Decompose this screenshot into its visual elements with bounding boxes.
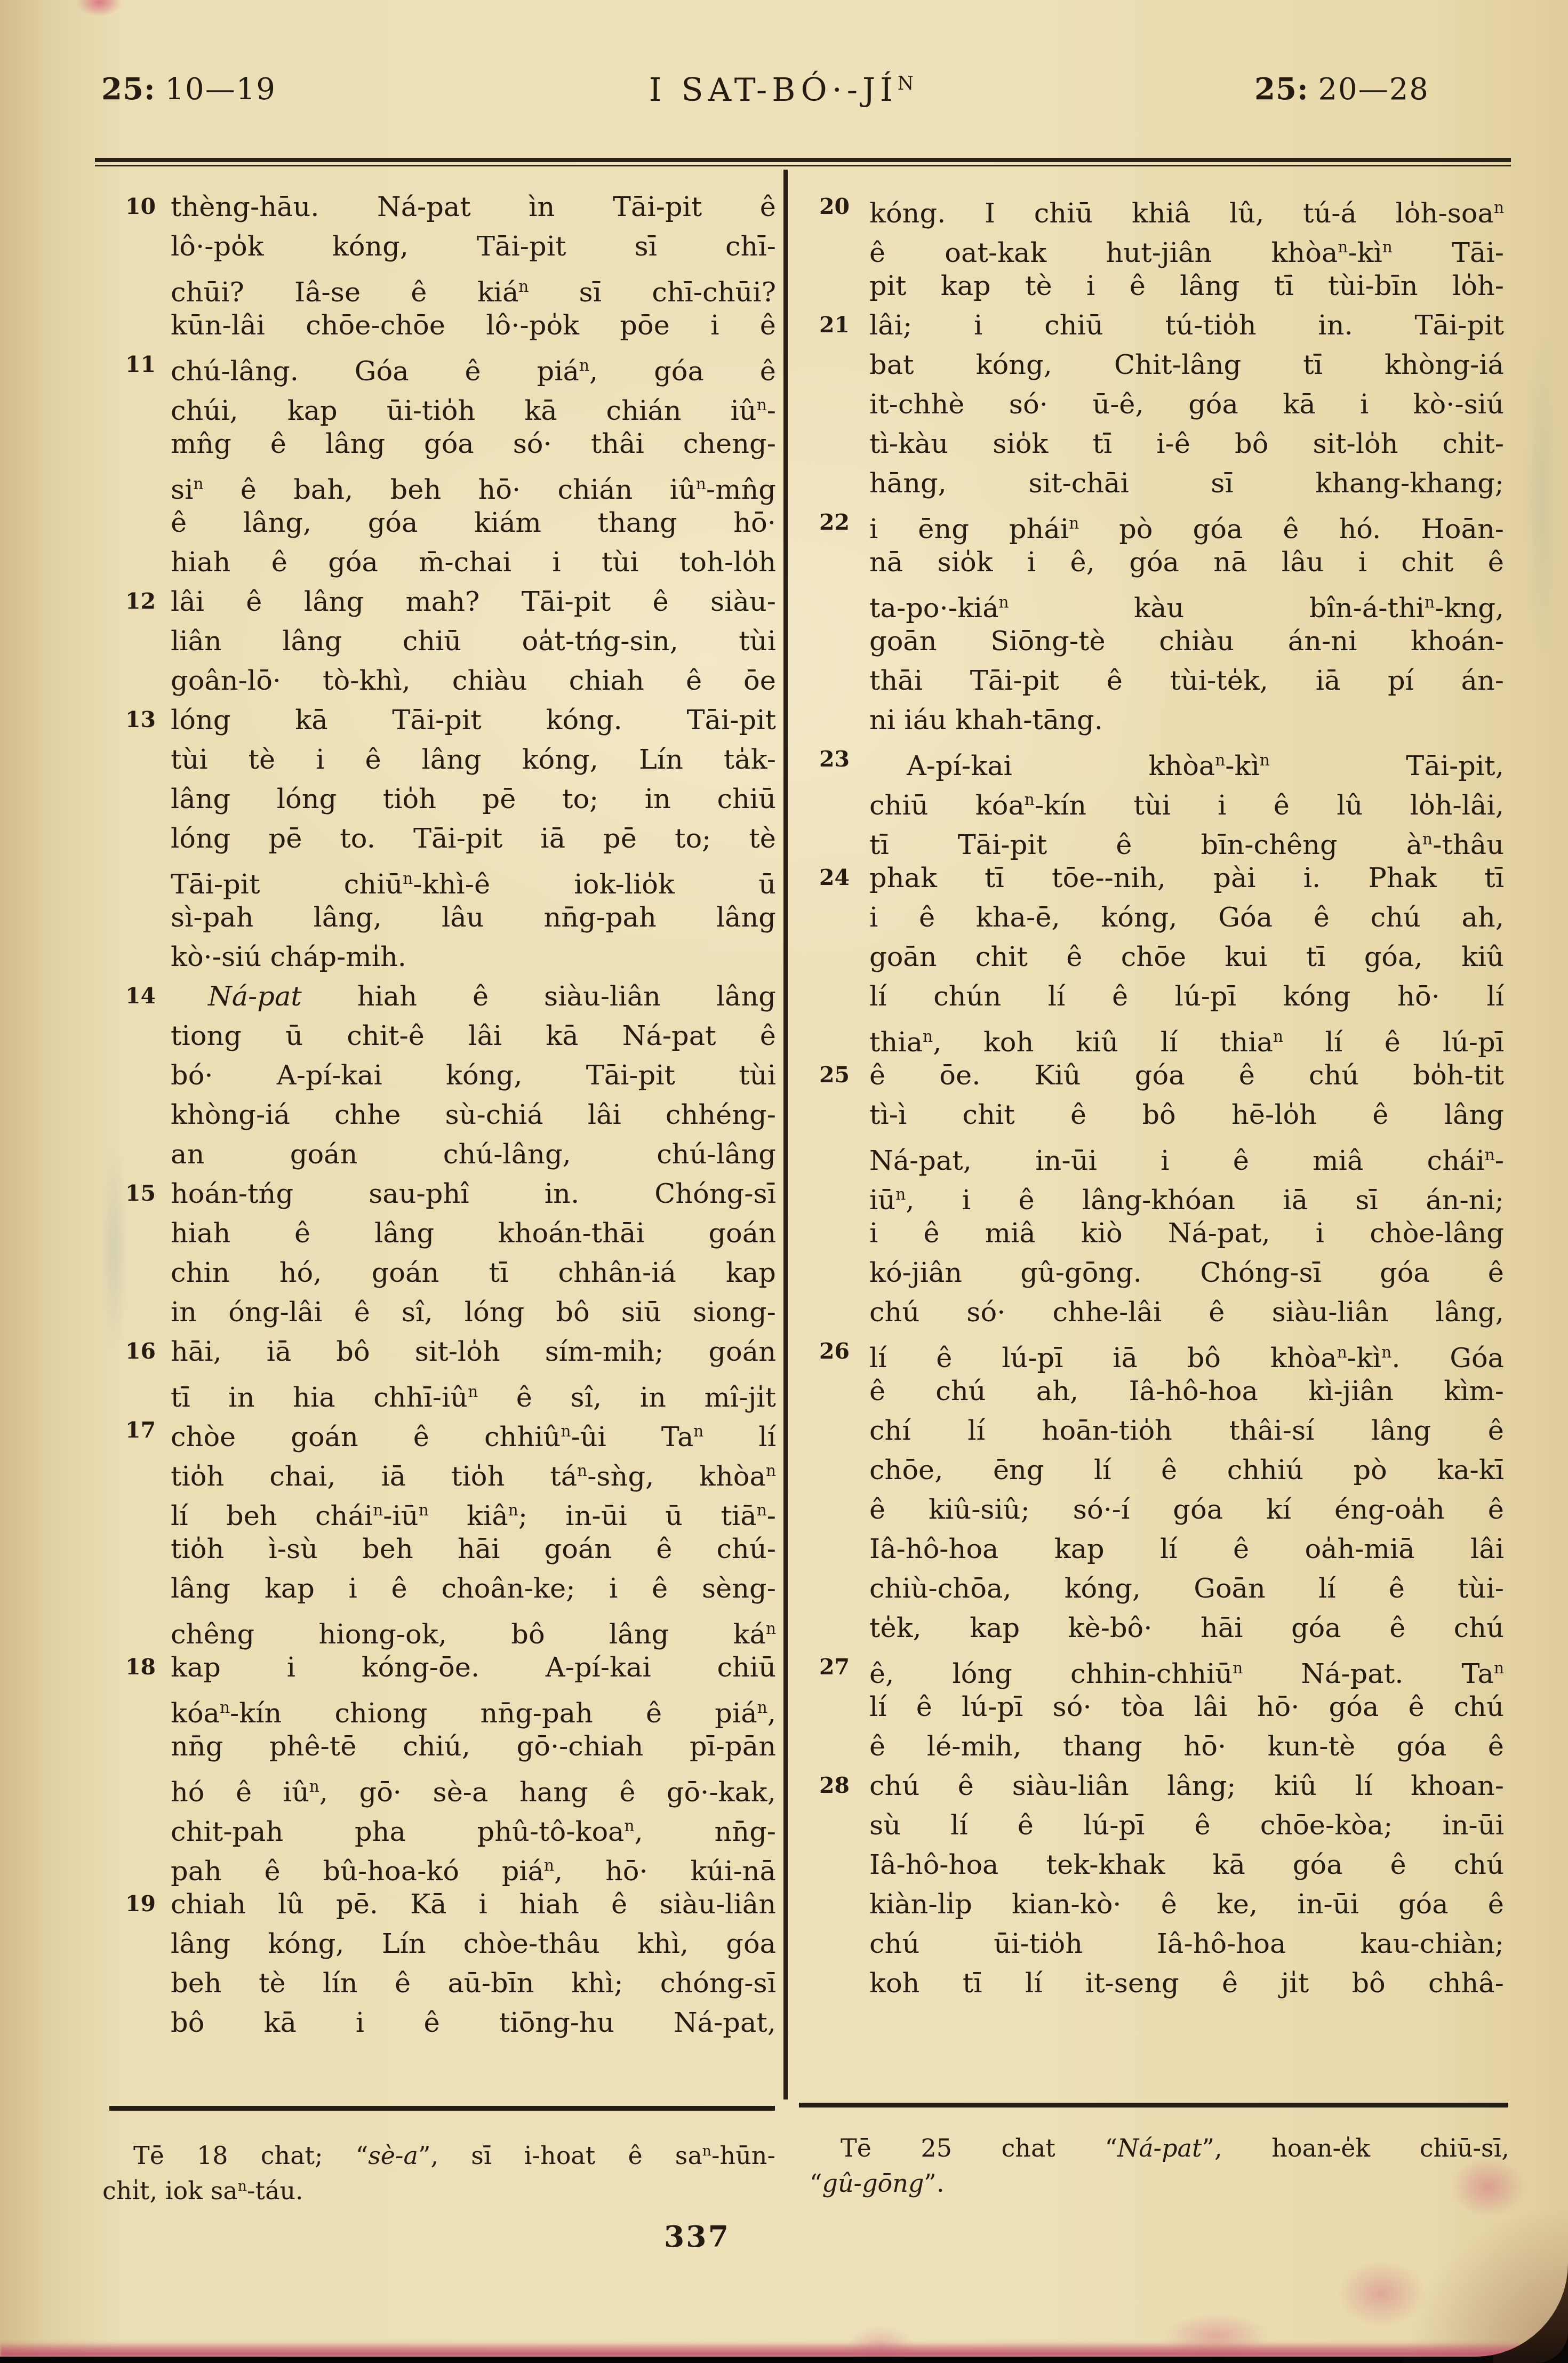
text-line: lí beh cháin-iūn kiân; in-ūi ū tiān- xyxy=(171,1490,776,1530)
text-line: hó ê iûn, gō· sè-a hang ê gō·-kak, xyxy=(171,1767,776,1806)
running-head-left: 25: 10—19 xyxy=(101,71,276,107)
text-line: nn̄g phê-tē chiú, gō·-chiah pī-pān xyxy=(171,1727,776,1767)
verse-number: 15 xyxy=(110,1175,156,1214)
text-line: lí ê lú-pī iā bô khòan-kìn. Góa xyxy=(869,1332,1504,1372)
verse-number: 23 xyxy=(804,740,850,780)
footnote-line: “gû-gōng”. xyxy=(810,2166,1509,2201)
text-line: kó-jiân gû-gōng. Chóng-sī góa ê xyxy=(869,1254,1504,1293)
running-head-right: 25: 20—28 xyxy=(1211,71,1429,107)
verse-number: 13 xyxy=(110,701,156,740)
text-line: tī in hia chhī-iûn ê sî, in mî-ji̍t xyxy=(171,1372,776,1411)
text-line: tio̍h chai, iā tio̍h tán-sǹg, khòan xyxy=(171,1451,776,1490)
verse-number: 19 xyxy=(110,1885,156,1925)
text-line: chiah lû pē. Kā i hiah ê siàu-liân xyxy=(171,1885,776,1925)
book-title: I SAT-BÓ·-JÍN xyxy=(573,71,989,109)
text-line: lâng kóng, Lín chòe-thâu khì, góa xyxy=(171,1925,776,1964)
column-divider xyxy=(783,170,788,2099)
text-line: khòng-iá chhe sù-chiá lâi chhéng- xyxy=(171,1096,776,1135)
text-line: chōe, ēng lí ê chhiú pò ka-kī xyxy=(869,1451,1504,1490)
text-line: lâi ê lâng mah? Tāi-pit ê siàu- xyxy=(171,582,776,622)
text-line: chiū kóan-kín tùi i ê lû lo̍h-lâi, xyxy=(869,780,1504,819)
text-line: phak tī tōe--nih, pài i. Phak tī xyxy=(869,859,1504,898)
text-line: ê oat-kak hut-jiân khòan-kìn Tāi- xyxy=(869,227,1504,267)
footnote-line: Tē 25 chat “Ná-pat”, hoan-e̍k chiū-sī, xyxy=(810,2130,1509,2166)
text-line: bô kā i ê tiōng-hu Ná-pat, xyxy=(171,2003,776,2043)
verse-number: 25 xyxy=(804,1056,850,1096)
text-line: sì-pah lâng, lâu nn̄g-pah lâng xyxy=(171,898,776,938)
header-rule-thin xyxy=(95,165,1511,166)
text-line: chòe goán ê chhiûn-ûi Tan lí xyxy=(171,1411,776,1451)
text-line: tio̍h ì-sù beh hāi goán ê chú- xyxy=(171,1530,776,1569)
text-line: kóan-kín chiong nn̄g-pah ê pián, xyxy=(171,1688,776,1727)
text-line: A-pí-kai khòan-kìn Tāi-pit, xyxy=(869,740,1504,780)
page-number: 337 xyxy=(644,2219,750,2254)
text-line: bó· A-pí-kai kóng, Tāi-pit tùi xyxy=(171,1056,776,1096)
text-line: chú ūi-tio̍h Iâ-hô-hoa kau-chiàn; xyxy=(869,1925,1504,1964)
text-line: Iâ-hô-hoa tek-khak kā góa ê chú xyxy=(869,1846,1504,1885)
text-line: ê, lóng chhin-chhiūn Ná-pat. Tan xyxy=(869,1648,1504,1688)
footnote-rule-right xyxy=(799,2103,1508,2107)
text-line: kóng. I chiū khiâ lû, tú-á lo̍h-soan xyxy=(869,188,1504,227)
text-line: lóng kā Tāi-pit kóng. Tāi-pit xyxy=(171,701,776,740)
text-line: hoán-tńg sau-phî in. Chóng-sī xyxy=(171,1175,776,1214)
chapter-number-left: 25: xyxy=(101,71,156,107)
verse-number: 14 xyxy=(110,977,156,1017)
text-line: Ná-pat hiah ê siàu-liân lâng xyxy=(171,977,776,1017)
text-line: chin hó, goán tī chhân-iá kap xyxy=(171,1254,776,1293)
verse-number: 20 xyxy=(804,188,850,227)
text-line: goān chit ê chōe kui tī góa, kiû xyxy=(869,938,1504,977)
verse-number: 12 xyxy=(110,582,156,622)
verse-number: 10 xyxy=(110,188,156,227)
text-line: tì-ì chit ê bô hē-lo̍h ê lâng xyxy=(869,1096,1504,1135)
verse-range-left: 10—19 xyxy=(165,72,276,107)
text-line: iūn, i ê lâng-khóan iā sī án-ni; xyxy=(869,1175,1504,1214)
text-line: liân lâng chiū oa̍t-tńg-sin, tùi xyxy=(171,622,776,661)
verse-number: 18 xyxy=(110,1648,156,1688)
text-line: lô·-po̍k kóng, Tāi-pit sī chī- xyxy=(171,227,776,267)
text-line: ê ōe. Kiû góa ê chú bo̍h-tit xyxy=(869,1056,1504,1096)
text-line: thèng-hāu. Ná-pat ìn Tāi-pit ê xyxy=(171,188,776,227)
left-column: thèng-hāu. Ná-pat ìn Tāi-pit êlô·-po̍k k… xyxy=(171,188,776,2043)
text-line: ni iáu khah-tāng. xyxy=(869,701,1504,740)
text-line: goān Siōng-tè chiàu án-ni khoán- xyxy=(869,622,1504,661)
text-line: hāi, iā bô sit-lo̍h sím-mi̍h; goán xyxy=(171,1332,776,1372)
bottom-edge-dye xyxy=(0,2341,1520,2357)
verse-number: 22 xyxy=(804,504,850,543)
text-line: chūi? Iâ-se ê kián sī chī-chūi? xyxy=(171,267,776,306)
text-line: bat kóng, Chit-lâng tī khòng-iá xyxy=(869,346,1504,385)
text-line: chí lí hoān-tio̍h thâi-sí lâng ê xyxy=(869,1411,1504,1451)
text-line: ê chú ah, Iâ-hô-hoa kì-jiân kìm- xyxy=(869,1372,1504,1411)
text-line: in óng-lâi ê sî, lóng bô siū siong- xyxy=(171,1293,776,1332)
text-line: chiù-chōa, kóng, Goān lí ê tùi- xyxy=(869,1569,1504,1609)
scanned-book-page: { "colors": { "paper": "#ecdfb6", "ink":… xyxy=(0,0,1568,2363)
text-line: i ēng pháin pò góa ê hó. Hoān- xyxy=(869,504,1504,543)
text-line: kap i kóng-ōe. A-pí-kai chiū xyxy=(171,1648,776,1688)
text-line: i ê miâ kiò Ná-pat, i chòe-lâng xyxy=(869,1214,1504,1254)
text-line: sù lí ê lú-pī ê chōe-kòa; in-ūi xyxy=(869,1806,1504,1846)
text-line: chêng hiong-ok, bô lâng kán xyxy=(171,1609,776,1648)
verse-number: 11 xyxy=(110,346,156,385)
text-line: Iâ-hô-hoa kap lí ê oa̍h-miā lâi xyxy=(869,1530,1504,1569)
text-line: chú-lâng. Góa ê pián, góa ê xyxy=(171,346,776,385)
text-line: tì-kàu sio̍k tī i-ê bô sit-lo̍h chi̍t- xyxy=(869,425,1504,464)
verse-number: 26 xyxy=(804,1332,850,1372)
text-line: it-chhè só· ū-ê, góa kā i kò·-siú xyxy=(869,385,1504,425)
header-rule xyxy=(95,158,1511,169)
verse-number: 28 xyxy=(804,1767,850,1806)
text-line: lâi; i chiū tú-tio̍h in. Tāi-pit xyxy=(869,306,1504,346)
verse-number: 24 xyxy=(804,859,850,898)
text-line: Ná-pat, in-ūi i ê miâ cháin- xyxy=(869,1135,1504,1175)
text-line: ê lé-mi̍h, thang hō· kun-tè góa ê xyxy=(869,1727,1504,1767)
header-rule-thick xyxy=(95,158,1511,162)
text-line: ê lâng, góa kiám thang hō· xyxy=(171,504,776,543)
text-line: thāi Tāi-pit ê tùi-te̍k, iā pí án- xyxy=(869,661,1504,701)
text-line: chú ê siàu-liân lâng; kiû lí khoan- xyxy=(869,1767,1504,1806)
text-line: chit-pah pha phû-tô-koan, nn̄g- xyxy=(171,1806,776,1846)
text-line: koh tī lí it-seng ê ji̍t bô chhâ- xyxy=(869,1964,1504,2003)
text-line: kiàn-li̍p kian-kò· ê ke, in-ūi góa ê xyxy=(869,1885,1504,1925)
text-line: goân-lō· tò-khì, chiàu chiah ê ōe xyxy=(171,661,776,701)
verse-number: 16 xyxy=(110,1332,156,1372)
verse-range-right: 20—28 xyxy=(1318,72,1429,107)
book-page: 25: 10—19 I SAT-BÓ·-JÍN 25: 20—28 101112… xyxy=(0,0,1568,2357)
text-line: an goán chú-lâng, chú-lâng xyxy=(171,1135,776,1175)
footnote-rule-left xyxy=(109,2106,775,2111)
text-line: te̍k, kap kè-bô· hāi góa ê chú xyxy=(869,1609,1504,1648)
text-line: tùi tè i ê lâng kóng, Lín ta̍k- xyxy=(171,740,776,780)
text-line: beh tè lín ê aū-bīn khì; chóng-sī xyxy=(171,1964,776,2003)
text-line: tiong ū chit-ê lâi kā Ná-pat ê xyxy=(171,1017,776,1056)
text-line: pah ê bû-hoa-kó pián, hō· kúi-nā xyxy=(171,1846,776,1885)
text-line: kūn-lâi chōe-chōe lô·-po̍k pōe i ê xyxy=(171,306,776,346)
text-line: chúi, kap ūi-tio̍h kā chián iûn- xyxy=(171,385,776,425)
text-line: chú só· chhe-lâi ê siàu-liân lâng, xyxy=(869,1293,1504,1332)
text-line: Tāi-pit chiūn-khì-ê iok-lio̍k ū xyxy=(171,859,776,898)
footnote-line: chi̍t, iok san-táu. xyxy=(102,2169,775,2204)
right-column: kóng. I chiū khiâ lû, tú-á lo̍h-soanê oa… xyxy=(869,188,1504,2003)
text-line: kò·-siú cháp-mi̍h. xyxy=(171,938,776,977)
verse-number: 17 xyxy=(110,1411,156,1451)
text-line: lí ê lú-pī só· tòa lâi hō· góa ê chú xyxy=(869,1688,1504,1727)
text-line: lâng lóng tio̍h pē to; in chiū xyxy=(171,780,776,819)
text-line: hiah ê góa m̄-chai i tùi toh-lo̍h xyxy=(171,543,776,582)
footnote-right: Tē 25 chat “Ná-pat”, hoan-e̍k chiū-sī,“g… xyxy=(810,2130,1509,2201)
verse-number: 27 xyxy=(804,1648,850,1688)
text-line: mn̂g ê lâng góa só· thâi cheng- xyxy=(171,425,776,464)
text-line: nā sio̍k i ê, góa nā lâu i chit ê xyxy=(869,543,1504,582)
text-line: hiah ê lâng khoán-thāi goán xyxy=(171,1214,776,1254)
text-line: pit kap tè i ê lâng tī tùi-bīn lo̍h- xyxy=(869,267,1504,306)
verse-number: 21 xyxy=(804,306,850,346)
text-line: lóng pē to. Tāi-pit iā pē to; tè xyxy=(171,819,776,859)
text-line: thian, koh kiû lí thian lí ê lú-pī xyxy=(869,1017,1504,1056)
text-line: ê kiû-siû; só·-í góa kí éng-oa̍h ê xyxy=(869,1490,1504,1530)
text-line: hāng, sit-chāi sī khang-khang; xyxy=(869,464,1504,504)
text-line: lâng kap i ê choân-ke; i ê sèng- xyxy=(171,1569,776,1609)
text-line: lí chún lí ê lú-pī kóng hō· lí xyxy=(869,977,1504,1017)
text-line: ta-po·-kián kàu bîn-á-thin-kng, xyxy=(869,582,1504,622)
footnote-line: Tē 18 chat; “sè-a”, sī i-hoat ê san-hūn- xyxy=(102,2134,775,2169)
text-line: i ê kha-ē, kóng, Góa ê chú ah, xyxy=(869,898,1504,938)
text-line: sin ê bah, beh hō· chián iûn-mn̂g xyxy=(171,464,776,504)
footnote-left: Tē 18 chat; “sè-a”, sī i-hoat ê san-hūn-… xyxy=(102,2134,775,2204)
chapter-number-right: 25: xyxy=(1254,71,1309,107)
text-line: tī Tāi-pit ê bīn-chêng àn-thâu xyxy=(869,819,1504,859)
